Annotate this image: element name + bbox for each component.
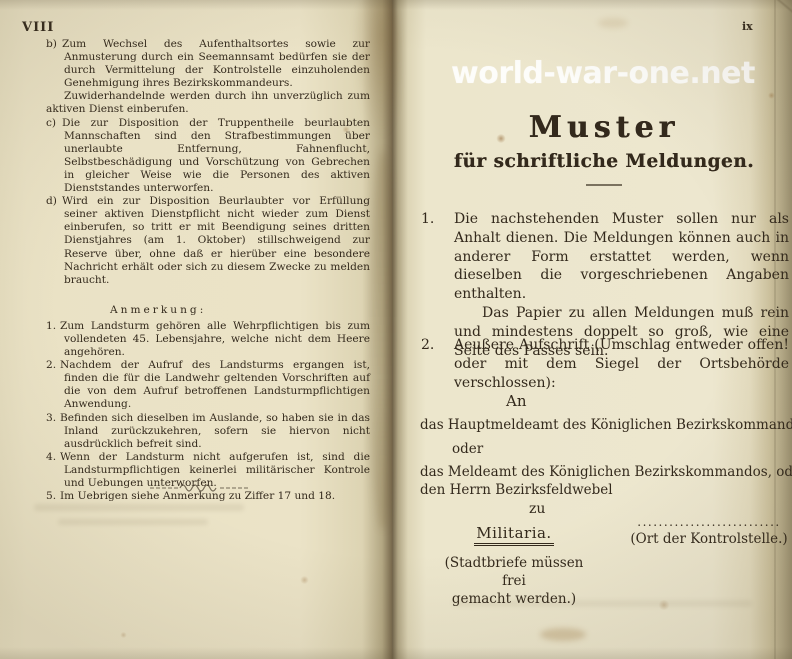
dotted-fill-line: ........................... <box>628 517 790 527</box>
scanned-book-spread: VIII b)Zum Wechsel des Aufenthaltsortes … <box>0 0 792 659</box>
paragraph-text: Die zur Disposition der Truppentheile be… <box>62 117 370 194</box>
item-text: Aeußere Aufschrift (Umschlag entweder of… <box>454 336 789 392</box>
paragraph-text: Zum Wechsel des Aufenthaltsortes sowie z… <box>62 38 370 89</box>
paragraph-b: b)Zum Wechsel des Aufenthaltsortes sowie… <box>46 38 370 90</box>
stadtbriefe-line: (Stadtbriefe müssen frei <box>434 554 594 590</box>
address-line-3: den Herrn Bezirksfeldwebel <box>420 482 613 498</box>
top-edge-shadow <box>0 0 792 10</box>
note-number: 3. <box>46 412 60 425</box>
note-number: 2. <box>46 359 60 372</box>
item-paragraph: Die nachstehenden Muster sollen nur als … <box>454 210 789 304</box>
squiggle-divider-icon <box>148 480 252 496</box>
note-3: 3.Befinden sich dieselben im Auslande, s… <box>46 412 370 451</box>
note-text: Befinden sich dieselben im Auslande, so … <box>60 412 370 450</box>
note-number: 4. <box>46 451 60 464</box>
right-item-2: 2. Aeußere Aufschrift (Umschlag entweder… <box>421 336 789 392</box>
item-number: 2. <box>421 336 454 392</box>
paragraph-label: b) <box>46 38 62 51</box>
left-page-paragraphs: b)Zum Wechsel des Aufenthaltsortes sowie… <box>46 38 370 503</box>
section-subtitle: für schriftliche Meldungen. <box>420 151 788 172</box>
kontrolstelle-note: (Ort der Kontrolstelle.) <box>628 531 790 547</box>
paragraph-c: c)Die zur Disposition der Truppentheile … <box>46 117 370 196</box>
footer-left-column: Militaria. (Stadtbriefe müssen frei gema… <box>434 523 594 608</box>
address-oder: oder <box>452 441 483 457</box>
right-page-number: ix <box>742 20 753 33</box>
item-paragraph: Aeußere Aufschrift (Umschlag entweder of… <box>454 336 789 392</box>
watermark-text: world-war-one.net <box>451 56 755 91</box>
note-heading: Anmerkung: <box>110 304 370 317</box>
note-number: 1. <box>46 320 60 333</box>
paragraph-label: c) <box>46 117 62 130</box>
paragraph-b-sub: Zuwiderhandelnde werden durch ihn unverz… <box>46 90 370 116</box>
title-rule <box>586 184 622 186</box>
note-text: Zum Landsturm gehören alle Wehrpflichtig… <box>60 320 370 358</box>
paragraph-text: Wird ein zur Disposition Beurlaubter vor… <box>62 195 370 286</box>
bottom-edge-shadow <box>0 647 792 659</box>
smudge-stain <box>540 628 586 641</box>
address-zu: zu <box>529 501 545 517</box>
address-an: An <box>506 392 527 410</box>
stadtbriefe-line: gemacht werden.) <box>434 590 594 608</box>
show-through-text <box>34 504 244 511</box>
paragraph-d: d)Wird ein zur Disposition Beurlaubter v… <box>46 195 370 287</box>
show-through-text <box>58 519 208 525</box>
smudge-stain <box>598 18 628 28</box>
left-page-number: VIII <box>22 20 54 35</box>
note-text: Nachdem der Aufruf des Landsturms ergang… <box>60 359 370 410</box>
address-line-2: das Meldeamt des Königlichen Bezirkskomm… <box>420 464 792 480</box>
footer-right-column: ........................... (Ort der Kon… <box>628 517 790 547</box>
paragraph-label: d) <box>46 195 62 208</box>
note-number: 5. <box>46 490 60 503</box>
militaria-label: Militaria. <box>474 524 553 546</box>
address-line-1: das Hauptmeldeamt des Königlichen Bezirk… <box>420 417 792 433</box>
note-1: 1.Zum Landsturm gehören alle Wehrpflicht… <box>46 320 370 359</box>
section-title: Muster <box>420 110 788 146</box>
stadtbriefe-note: (Stadtbriefe müssen frei gemacht werden.… <box>434 554 594 608</box>
right-page-heading: Muster für schriftliche Meldungen. <box>420 110 788 186</box>
note-2: 2.Nachdem der Aufruf des Landsturms erga… <box>46 359 370 411</box>
